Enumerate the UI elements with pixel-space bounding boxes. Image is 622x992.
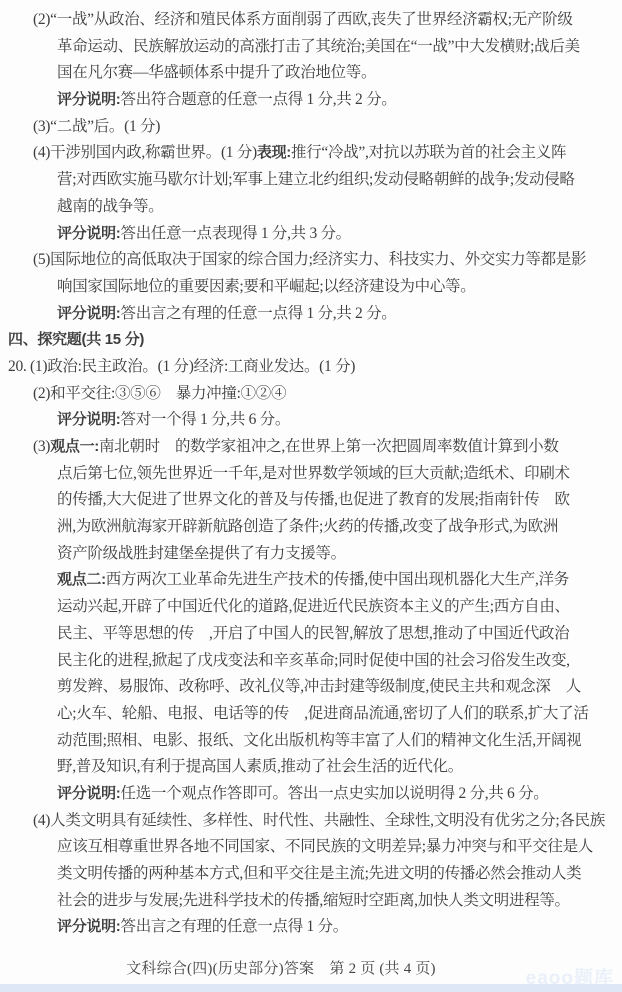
text-segment: 答出符合题意的任意一点得 1 分,共 2 分。 [121,91,397,108]
text-line: (3)“二战”后。(1 分) [0,114,622,141]
text-segment: 民主、平等思想的传 ,开启了中国人的民智,解放了思想,推动了中国近代政治 [57,625,569,642]
text-line: 评分说明:答出符合题意的任意一点得 1 分,共 2 分。 [0,87,622,114]
scanned-answer-page: (2)“一战”从政治、经济和殖民体系方面削弱了西欧,丧失了世界经济霸权;无产阶级… [0,0,622,992]
text-line: 运动兴起,开辟了中国近代化的道路,促进近代民族资本主义的产生;西方自由、 [0,594,622,621]
text-line: 资产阶级战胜封建堡垒提供了有力支援等。 [0,541,622,568]
text-line: 应该互相尊重世界各地不同国家、不同民族的文明差异;暴力冲突与和平交往是人 [0,834,622,861]
text-segment: 革命运动、民族解放运动的高涨打击了其统治;美国在“一战”中大发横财;战后美 [57,38,580,55]
text-line: (2)“一战”从政治、经济和殖民体系方面削弱了西欧,丧失了世界经济霸权;无产阶级 [0,7,622,34]
document-body: (2)“一战”从政治、经济和殖民体系方面削弱了西欧,丧失了世界经济霸权;无产阶级… [0,7,622,941]
text-line: 响国家国际地位的重要因素;要和平崛起;以经济建设为中心等。 [0,274,622,301]
page-footer: 文科综合(四)(历史部分)答案 第 2 页 (共 4 页) [0,957,592,978]
text-segment: 应该互相尊重世界各地不同国家、不同民族的文明差异;暴力冲突与和平交往是人 [57,838,593,855]
text-line: 评分说明:任选一个观点作答即可。答出一点史实加以说明得 2 分,共 6 分。 [0,781,622,808]
text-segment: 点后第七位,领先世界近一千年,是对世界数学领域的巨大贡献;造纸术、印刷术 [57,465,570,482]
bold-label: 评分说明: [57,305,121,322]
bottom-strip [0,984,622,992]
text-line: 的传播,大大促进了世界文化的普及与传播,也促进了教育的发展;指南针传 欧 [0,487,622,514]
text-segment: 运动兴起,开辟了中国近代化的道路,促进近代民族资本主义的产生;西方自由、 [57,598,570,615]
text-line: 野,普及知识,有利于提高国人素质,推动了社会生活的近代化。 [0,754,622,781]
bold-label: 评分说明: [57,225,121,242]
text-line: (4)干涉别国内政,称霸世界。(1 分)表现:推行“冷战”,对抗以苏联为首的社会… [0,140,622,167]
bold-label: 评分说明: [57,918,121,935]
text-line: 评分说明:答对一个得 1 分,共 6 分。 [0,407,622,434]
text-line: 动范围;照相、电影、报纸、文化出版机构等丰富了人们的精神文化生活,开阔视 [0,728,622,755]
text-line: 剪发辫、易服饰、改称呼、改礼仪等,冲击封建等级制度,使民主共和观念深 人 [0,674,622,701]
text-segment: 20. (1)政治:民主政治。(1 分)经济:工商业发达。(1 分) [8,358,355,375]
text-line: 观点二:西方两次工业革命先进生产技术的传播,使中国出现机器化大生产,洋务 [0,567,622,594]
text-line: (3)观点一:南北朝时 的数学家祖冲之,在世界上第一次把圆周率数值计算到小数 [0,434,622,461]
text-segment: (4)人类文明具有延续性、多样性、时代性、共融性、全球性,文明没有优劣之分;各民… [33,812,605,829]
text-line: 类文明传播的两种基本方式,但和平交往是主流;先进文明的传播必然会推动人类 [0,861,622,888]
text-line: 评分说明:答出任意一点表现得 1 分,共 3 分。 [0,221,622,248]
text-line: 四、探究题(共 15 分) [0,327,622,354]
text-line: 心;火车、轮船、电报、电话等的传 ,促进商品流通,密切了人们的联系,扩大了活 [0,701,622,728]
text-segment: 答出言之有理的任意一点得 1 分,共 2 分。 [121,305,397,322]
bold-label: 评分说明: [57,785,121,802]
text-line: 洲,为欧洲航海家开辟新航路创造了条件;火药的传播,改变了战争形式,为欧洲 [0,514,622,541]
text-segment: (2)和平交往:③⑤⑥ 暴力冲撞:①②④ [33,385,286,402]
text-segment: 资产阶级战胜封建堡垒提供了有力支援等。 [57,545,346,562]
text-segment: 心;火车、轮船、电报、电话等的传 ,促进商品流通,密切了人们的联系,扩大了活 [57,705,589,722]
text-segment: 答对一个得 1 分,共 6 分。 [121,411,291,428]
text-segment: 南北朝时 的数学家祖冲之,在世界上第一次把圆周率数值计算到小数 [99,438,559,455]
text-segment: (3) [33,438,50,455]
text-line: 营;对西欧实施马歇尔计划;军事上建立北约组织;发动侵略朝鲜的战争;发动侵略 [0,167,622,194]
text-line: (2)和平交往:③⑤⑥ 暴力冲撞:①②④ [0,381,622,408]
text-line: 社会的进步与发展;先进科学技术的传播,缩短时空距离,加快人类文明进程等。 [0,888,622,915]
text-segment: 西方两次工业革命先进生产技术的传播,使中国出现机器化大生产,洋务 [106,571,569,588]
text-line: 评分说明:答出言之有理的任意一点得 1 分。 [0,914,622,941]
text-segment: 剪发辫、易服饰、改称呼、改礼仪等,冲击封建等级制度,使民主共和观念深 人 [57,678,581,695]
text-segment: 任选一个观点作答即可。答出一点史实加以说明得 2 分,共 6 分。 [121,785,549,802]
text-line: 越南的战争等。 [0,194,622,221]
bold-label: 评分说明: [57,91,121,108]
text-line: (5)国际地位的高低取决于国家的综合国力;经济实力、科技实力、外交实力等都是影 [0,247,622,274]
text-segment: 响国家国际地位的重要因素;要和平崛起;以经济建设为中心等。 [57,278,475,295]
text-line: 民主、平等思想的传 ,开启了中国人的民智,解放了思想,推动了中国近代政治 [0,621,622,648]
bold-label: 观点二: [57,571,106,588]
bold-label: 四、探究题(共 15 分) [8,331,144,348]
text-segment: 国在凡尔赛—华盛顿体系中提升了政治地位等。 [57,64,376,81]
text-segment: 营;对西欧实施马歇尔计划;军事上建立北约组织;发动侵略朝鲜的战争;发动侵略 [57,171,575,188]
text-line: 点后第七位,领先世界近一千年,是对世界数学领域的巨大贡献;造纸术、印刷术 [0,461,622,488]
text-segment: 民主化的进程,掀起了戊戌变法和辛亥革命;同时促使中国的社会习俗发生改变, [57,652,570,669]
text-line: 民主化的进程,掀起了戊戌变法和辛亥革命;同时促使中国的社会习俗发生改变, [0,648,622,675]
text-segment: 动范围;照相、电影、报纸、文化出版机构等丰富了人们的精神文化生活,开阔视 [57,732,581,749]
text-segment: 社会的进步与发展;先进科学技术的传播,缩短时空距离,加快人类文明进程等。 [57,892,570,909]
text-segment: (4)干涉别国内政,称霸世界。(1 分) [33,144,257,161]
text-segment: (2)“一战”从政治、经济和殖民体系方面削弱了西欧,丧失了世界经济霸权;无产阶级 [33,11,573,28]
text-segment: 类文明传播的两种基本方式,但和平交往是主流;先进文明的传播必然会推动人类 [57,865,581,882]
text-segment: 野,普及知识,有利于提高国人素质,推动了社会生活的近代化。 [57,758,463,775]
text-segment: 答出言之有理的任意一点得 1 分。 [121,918,348,935]
text-segment: 越南的战争等。 [57,198,163,215]
bold-label: 表现: [257,144,291,161]
bold-label: 评分说明: [57,411,121,428]
text-line: 20. (1)政治:民主政治。(1 分)经济:工商业发达。(1 分) [0,354,622,381]
text-segment: 的传播,大大促进了世界文化的普及与传播,也促进了教育的发展;指南针传 欧 [57,491,570,508]
text-line: 国在凡尔赛—华盛顿体系中提升了政治地位等。 [0,60,622,87]
text-segment: 答出任意一点表现得 1 分,共 3 分。 [121,225,351,242]
text-segment: 推行“冷战”,对抗以苏联为首的社会主义阵 [291,144,566,161]
text-segment: (5)国际地位的高低取决于国家的综合国力;经济实力、科技实力、外交实力等都是影 [33,251,586,268]
text-segment: (3)“二战”后。(1 分) [33,118,160,135]
bold-label: 观点一: [50,438,99,455]
text-line: 革命运动、民族解放运动的高涨打击了其统治;美国在“一战”中大发横财;战后美 [0,34,622,61]
text-line: 评分说明:答出言之有理的任意一点得 1 分,共 2 分。 [0,301,622,328]
text-line: (4)人类文明具有延续性、多样性、时代性、共融性、全球性,文明没有优劣之分;各民… [0,808,622,835]
text-segment: 洲,为欧洲航海家开辟新航路创造了条件;火药的传播,改变了战争形式,为欧洲 [57,518,558,535]
